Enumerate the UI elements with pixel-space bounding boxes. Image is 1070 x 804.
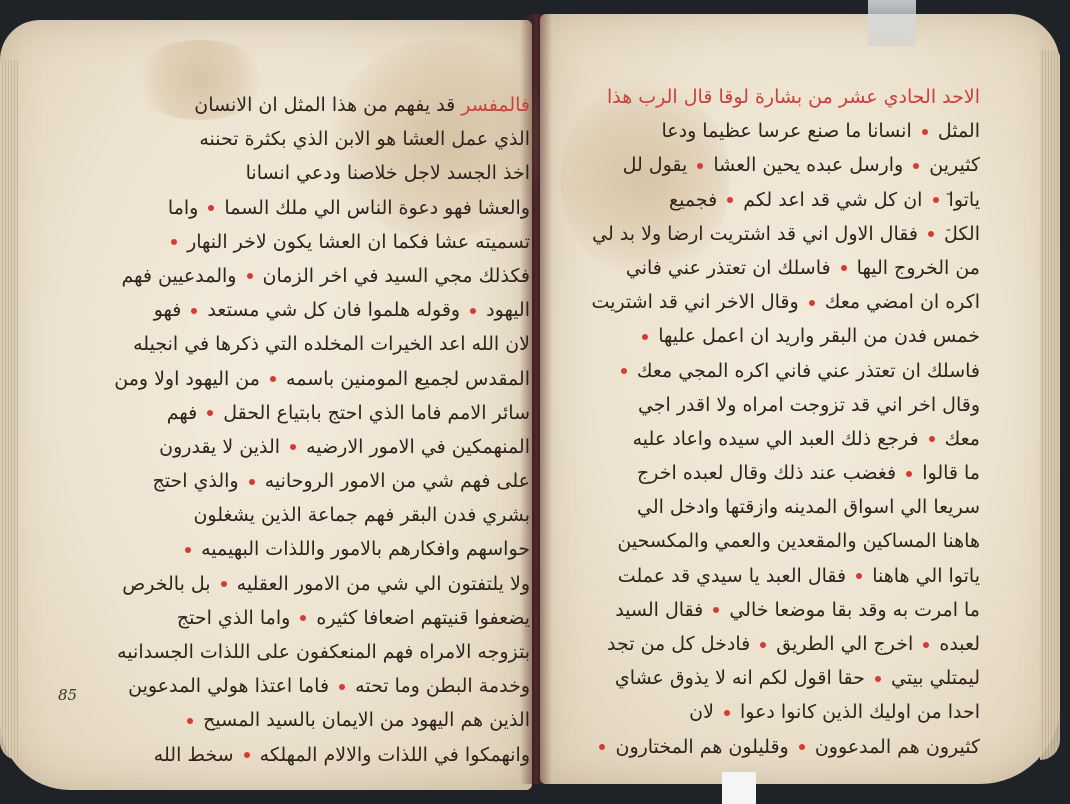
red-punctuation-dot xyxy=(760,642,766,648)
text-line: المثل انسانا ما صنع عرسا عظيما ودعا xyxy=(580,114,980,148)
red-punctuation-dot xyxy=(929,436,935,442)
red-punctuation-dot xyxy=(724,710,730,716)
text-line: الكل فقال الاول اني قد اشتريت ارضا ولا ب… xyxy=(580,217,980,251)
red-punctuation-dot xyxy=(841,265,847,271)
line-text: وقال الاخر اني قد اشتريت xyxy=(592,291,805,313)
line-text: وقال اخر اني قد تزوجت امراه ولا اقدر اجي xyxy=(638,394,980,416)
red-punctuation-dot xyxy=(599,744,605,750)
line-text: ياتوا الي هاهنا xyxy=(866,565,980,587)
line-text: الكل xyxy=(938,223,980,245)
line-text: بتزوجه الامراه فهم المنعكفون على اللذات … xyxy=(117,641,530,663)
line-text: خمس فدن من البقر واريد ان اعمل عليها xyxy=(652,325,980,347)
line-text: انسانا ما صنع عرسا عظيما ودعا xyxy=(661,120,917,142)
line-text: فقال الاول اني قد اشتريت ارضا ولا بد لي xyxy=(592,223,924,245)
text-line: ياتوا ان كل شي قد اعد لكم فجميع xyxy=(580,183,980,217)
text-line: كثيرين وارسل عبده يحين العشا يقول لل xyxy=(580,148,980,182)
line-text: ليمتلي بيتي xyxy=(885,667,980,689)
text-line: ياتوا الي هاهنا فقال العبد يا سيدي قد عم… xyxy=(580,559,980,593)
red-punctuation-dot xyxy=(207,410,213,416)
text-line: بشري فدن البقر فهم جماعة الذين يشغلون xyxy=(105,498,530,532)
line-text: اخذ الجسد لاجل خلاصنا ودعي انسانا xyxy=(246,162,530,184)
text-line: ما قالوا فغضب عند ذلك وقال لعبده اخرج xyxy=(580,456,980,490)
red-punctuation-dot xyxy=(875,676,881,682)
text-line: تسميته عشا فكما ان العشا يكون لاخر النها… xyxy=(105,225,530,259)
red-punctuation-dot xyxy=(913,163,919,169)
folio-number: 85 xyxy=(58,686,77,704)
right-page-text: الاحد الحادي عشر من بشارة لوقا قال الرب … xyxy=(580,80,980,764)
text-line: كثيرون هم المدعوون وقليلون هم المختارون xyxy=(580,730,980,764)
line-text: فهو xyxy=(154,299,188,321)
red-punctuation-dot xyxy=(621,368,627,374)
line-text: والعشا فهو دعوة الناس الي ملك السما xyxy=(218,197,530,219)
text-line: احدا من اوليك الذين كانوا دعوا لان xyxy=(580,695,980,729)
red-punctuation-dot xyxy=(300,615,306,621)
text-line: والعشا فهو دعوة الناس الي ملك السما واما xyxy=(105,191,530,225)
line-text: يضعفوا قنيتهم اضعافا كثيره xyxy=(310,607,530,629)
line-text: الذي عمل العشا هو الابن الذي بكثرة تحننه xyxy=(199,128,530,150)
red-punctuation-dot xyxy=(187,718,193,724)
line-text: سخط الله xyxy=(154,744,240,766)
text-line: سريعا الي اسواق المدينه وازقتها وادخل ال… xyxy=(580,490,980,524)
line-text: اليهود xyxy=(480,299,530,321)
line-text: احدا من اوليك الذين كانوا دعوا xyxy=(734,701,980,723)
line-text: فجميع xyxy=(669,189,723,211)
paper-tab xyxy=(722,772,756,804)
line-text: من اليهود اولا ومن xyxy=(114,368,266,390)
text-line: المنهمكين في الامور الارضيه الذين لا يقد… xyxy=(105,430,530,464)
text-line: ولا يلتفتون الي شي من الامور العقليه بل … xyxy=(105,567,530,601)
text-line: سائر الامم فاما الذي احتج بابتياع الحقل … xyxy=(105,396,530,430)
red-punctuation-dot xyxy=(922,129,928,135)
text-line: من الخروج اليها فاسلك ان تعتذر عني فاني xyxy=(580,251,980,285)
line-text: واما الذي احتج xyxy=(177,607,296,629)
text-line: المقدس لجميع المومنين باسمه من اليهود او… xyxy=(105,362,530,396)
line-text: فاما اعتذا هولي المدعوين xyxy=(128,675,335,697)
text-line: وقال اخر اني قد تزوجت امراه ولا اقدر اجي xyxy=(580,388,980,422)
line-text: فرجع ذلك العبد الي سيده واعاد عليه xyxy=(633,428,925,450)
line-text: والمدعيين فهم xyxy=(121,265,242,287)
red-punctuation-dot xyxy=(727,197,733,203)
line-text: المقدس لجميع المومنين باسمه xyxy=(280,368,530,390)
red-punctuation-dot xyxy=(244,752,250,758)
line-text: والذي احتج xyxy=(152,470,244,492)
line-text: الذين هم اليهود من الايمان بالسيد المسيح xyxy=(197,709,530,731)
red-punctuation-dot xyxy=(221,581,227,587)
line-text: اكره ان امضي معك xyxy=(819,291,980,313)
line-text: فغضب عند ذلك وقال لعبده اخرج xyxy=(637,462,902,484)
line-text: لعبده xyxy=(933,633,980,655)
line-text: معك xyxy=(939,428,980,450)
left-page-text: فالمفسر قد يفهم من هذا المثل ان الانسانا… xyxy=(105,88,530,772)
right-page-edges xyxy=(1040,50,1060,760)
text-line: لعبده اخرج الي الطريق فادخل كل من تجد xyxy=(580,627,980,661)
text-line: على فهم شي من الامور الروحانيه والذي احت… xyxy=(105,464,530,498)
line-text: المثل xyxy=(932,120,980,142)
text-line: فكذلك مجي السيد في اخر الزمان والمدعيين … xyxy=(105,259,530,293)
text-line: فاسلك ان تعتذر عني فاني اكره المجي معك xyxy=(580,354,980,388)
tape-strip xyxy=(868,0,916,46)
line-text: ياتوا xyxy=(943,189,981,211)
line-text: ان كل شي قد اعد لكم xyxy=(737,189,928,211)
text-line: حواسهم وافكارهم بالامور واللذات البهيميه xyxy=(105,532,530,566)
red-punctuation-dot xyxy=(249,479,255,485)
text-line: يضعفوا قنيتهم اضعافا كثيره واما الذي احت… xyxy=(105,601,530,635)
line-text: هاهنا المساكين والمقعدين والعمي والمكسحي… xyxy=(617,530,980,552)
red-punctuation-dot xyxy=(247,273,253,279)
text-line: بتزوجه الامراه فهم المنعكفون على اللذات … xyxy=(105,635,530,669)
text-line: وخدمة البطن وما تحته فاما اعتذا هولي الم… xyxy=(105,669,530,703)
red-punctuation-dot xyxy=(906,471,912,477)
red-punctuation-dot xyxy=(642,334,648,340)
line-text: ما قالوا xyxy=(916,462,980,484)
red-punctuation-dot xyxy=(470,308,476,314)
text-line: ليمتلي بيتي حقا اقول لكم انه لا يذوق عشا… xyxy=(580,661,980,695)
text-line: فالمفسر قد يفهم من هذا المثل ان الانسان xyxy=(105,88,530,122)
text-line: اليهود وقوله هلموا فان كل شي مستعد فهو xyxy=(105,293,530,327)
line-text: من الخروج اليها xyxy=(851,257,980,279)
text-line: معك فرجع ذلك العبد الي سيده واعاد عليه xyxy=(580,422,980,456)
text-line: الاحد الحادي عشر من بشارة لوقا قال الرب … xyxy=(580,80,980,114)
line-text: وارسل عبده يحين العشا xyxy=(707,154,909,176)
line-text: حواسهم وافكارهم بالامور واللذات البهيميه xyxy=(195,538,530,560)
text-line: وانهمكوا في اللذات والالام المهلكه سخط ا… xyxy=(105,738,530,772)
red-punctuation-dot xyxy=(799,744,805,750)
red-punctuation-dot xyxy=(185,547,191,553)
red-punctuation-dot xyxy=(191,308,197,314)
red-punctuation-dot xyxy=(208,205,214,211)
red-punctuation-dot xyxy=(270,376,276,382)
line-text: فهم xyxy=(167,402,204,424)
text-line: ما امرت به وقد بقا موضعا خالي فقال السيد xyxy=(580,593,980,627)
text-line: اكره ان امضي معك وقال الاخر اني قد اشتري… xyxy=(580,285,980,319)
manuscript-spread: - - فالمفسر قد يفهم من هذا المثل ان الان… xyxy=(0,0,1070,804)
red-punctuation-dot xyxy=(809,300,815,306)
rubric-text: الاحد الحادي عشر من بشارة لوقا قال الرب … xyxy=(607,86,980,108)
line-text: فكذلك مجي السيد في اخر الزمان xyxy=(257,265,531,287)
left-page-edges xyxy=(0,60,18,760)
line-text: بل بالخرص xyxy=(122,573,216,595)
line-text: كثيرون هم المدعوون xyxy=(809,736,980,758)
red-punctuation-dot xyxy=(923,642,929,648)
line-text: فقال السيد xyxy=(615,599,709,621)
line-text: قد يفهم من هذا المثل ان الانسان xyxy=(194,94,455,116)
line-text: وانهمكوا في اللذات والالام المهلكه xyxy=(254,744,530,766)
red-punctuation-dot xyxy=(290,444,296,450)
line-text: ما امرت به وقد بقا موضعا خالي xyxy=(723,599,980,621)
line-text: المنهمكين في الامور الارضيه xyxy=(300,436,530,458)
line-text: فاسلك ان تعتذر عني فاني xyxy=(626,257,837,279)
line-text: اخرج الي الطريق xyxy=(770,633,919,655)
text-line: هاهنا المساكين والمقعدين والعمي والمكسحي… xyxy=(580,524,980,558)
line-text: وقليلون هم المختارون xyxy=(609,736,794,758)
line-text: تسميته عشا فكما ان العشا يكون لاخر النها… xyxy=(181,231,530,253)
line-text: وخدمة البطن وما تحته xyxy=(349,675,530,697)
red-punctuation-dot xyxy=(339,684,345,690)
line-text: على فهم شي من الامور الروحانيه xyxy=(259,470,530,492)
line-text: لان الله اعد الخيرات المخلده التي ذكرها … xyxy=(133,333,530,355)
line-text: واما xyxy=(168,197,204,219)
red-punctuation-dot xyxy=(713,607,719,613)
text-line: خمس فدن من البقر واريد ان اعمل عليها xyxy=(580,319,980,353)
line-text: فادخل كل من تجد xyxy=(607,633,756,655)
red-punctuation-dot xyxy=(697,163,703,169)
red-punctuation-dot xyxy=(928,231,934,237)
line-text: يقول لل xyxy=(623,154,694,176)
line-text: الذين لا يقدرون xyxy=(159,436,286,458)
red-punctuation-dot xyxy=(933,197,939,203)
line-text: وقوله هلموا فان كل شي مستعد xyxy=(201,299,466,321)
rubric-text: فالمفسر xyxy=(455,94,530,116)
text-line: اخذ الجسد لاجل خلاصنا ودعي انسانا xyxy=(105,156,530,190)
red-punctuation-dot xyxy=(171,239,177,245)
red-punctuation-dot xyxy=(856,573,862,579)
text-line: الذين هم اليهود من الايمان بالسيد المسيح xyxy=(105,703,530,737)
line-text: كثيرين xyxy=(923,154,980,176)
line-text: سريعا الي اسواق المدينه وازقتها وادخل ال… xyxy=(637,496,980,518)
line-text: ولا يلتفتون الي شي من الامور العقليه xyxy=(231,573,530,595)
text-line: الذي عمل العشا هو الابن الذي بكثرة تحننه xyxy=(105,122,530,156)
text-line: لان الله اعد الخيرات المخلده التي ذكرها … xyxy=(105,327,530,361)
line-text: حقا اقول لكم انه لا يذوق عشاي xyxy=(615,667,871,689)
line-text: فاسلك ان تعتذر عني فاني اكره المجي معك xyxy=(631,360,980,382)
line-text: فقال العبد يا سيدي قد عملت xyxy=(618,565,852,587)
line-text: بشري فدن البقر فهم جماعة الذين يشغلون xyxy=(193,504,530,526)
line-text: سائر الامم فاما الذي احتج بابتياع الحقل xyxy=(217,402,530,424)
line-text: لان xyxy=(689,701,720,723)
